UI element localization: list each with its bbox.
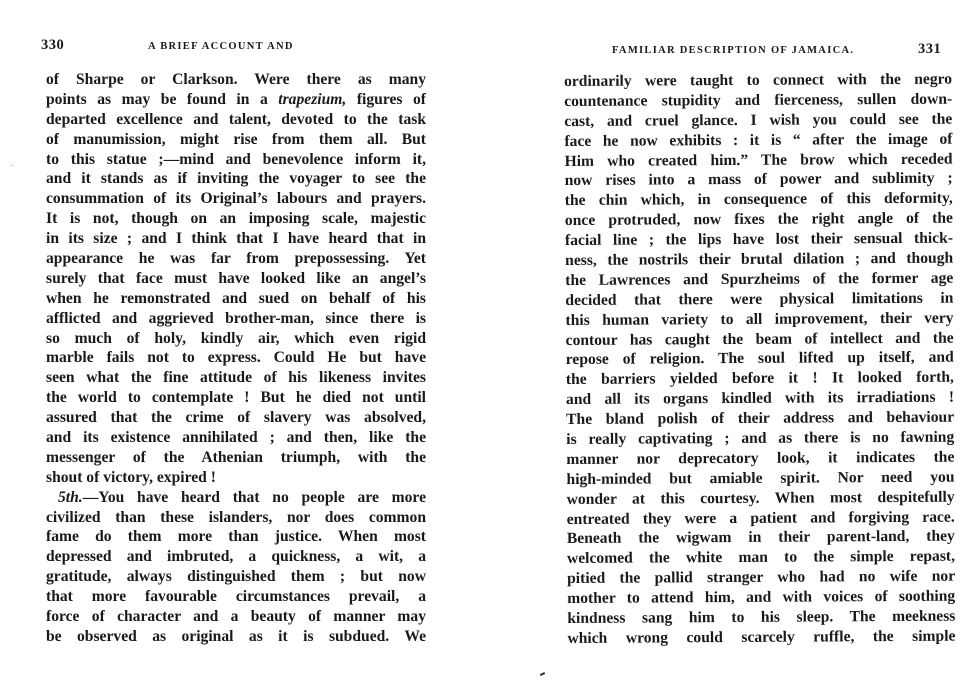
text-line: is really captivating ; and as there is … — [566, 428, 954, 450]
text-line: the barriers yielded before it ! It look… — [566, 368, 954, 390]
right-page-number: 331 — [918, 41, 941, 58]
text-line: mother to attend him, and with voices of… — [567, 587, 955, 609]
text-line: the world to contemplate ! But he died n… — [46, 388, 426, 408]
text-line: cast, and cruel glance. I wish you could… — [564, 109, 952, 131]
text-line: pitied the pallid stranger who had no wi… — [567, 567, 955, 589]
text-line: repose of religion. The soul lifted up i… — [566, 348, 954, 370]
left-body-text: of Sharpe or Clarkson. Were there as man… — [46, 70, 426, 647]
text-line: consummation of its Original’s labours a… — [46, 189, 426, 209]
text-line: so much of holy, kindly air, which even … — [46, 329, 426, 349]
left-running-head: 330 A BRIEF ACCOUNT AND — [41, 40, 426, 58]
text-line: contour has caught the beam of intellect… — [566, 328, 954, 350]
text-line: and its existence annihilated ; and then… — [46, 428, 426, 448]
text-line: welcomed the white man to the simple rep… — [567, 547, 955, 569]
text-line: decided that there were physical limitat… — [565, 288, 953, 310]
text-line: civilized than these islanders, nor does… — [46, 508, 426, 528]
text-line: The bland polish of their address and be… — [566, 408, 954, 430]
text-line: marble fails not to express. Could He bu… — [46, 348, 426, 368]
text-line: of manumission, might rise from them all… — [46, 130, 426, 150]
right-running-head: FAMILIAR DESCRIPTION OF JAMAICA. 331 — [612, 44, 980, 62]
text-line: wonder at this courtesy. When most despi… — [567, 487, 955, 509]
text-line: now rises into a mass of power and subli… — [565, 169, 953, 191]
text-line: in its size ; and I think that I have he… — [46, 229, 426, 249]
text-line: be observed as original as it is subdued… — [46, 627, 426, 647]
text-line: to this statue ;—mind and benevolence in… — [46, 150, 426, 170]
text-line: this human variety to all improvement, t… — [565, 308, 953, 330]
text-line: force of character and a beauty of manne… — [46, 607, 426, 627]
text-line: Him who created him.” The brow which rec… — [564, 149, 952, 171]
text-line: entreated they were a patient and forgiv… — [567, 507, 955, 529]
text-line: points as may be found in a trapezium, f… — [46, 90, 426, 110]
left-running-head-title: A BRIEF ACCOUNT AND — [148, 41, 294, 52]
right-page: FAMILIAR DESCRIPTION OF JAMAICA. 331 ord… — [490, 0, 980, 684]
text-line: which wrong could scarcely ruffle, the s… — [567, 627, 955, 649]
text-line: fame do them more than justice. When mos… — [46, 527, 426, 547]
italic-term: trapezium, — [278, 91, 346, 108]
text-line: manner nor deprecatory look, it indicate… — [566, 448, 954, 470]
text-line: gratitude, always distinguished them ; b… — [46, 567, 426, 587]
text-line: shout of victory, expired ! — [46, 468, 426, 488]
left-page: 330 A BRIEF ACCOUNT AND of Sharpe or Cla… — [0, 0, 490, 684]
text-line: that more favourable circumstances preva… — [46, 587, 426, 607]
text-line: and all its organs kindled with its irra… — [566, 388, 954, 410]
text-line: seen what the fine attitude of his liken… — [46, 368, 426, 388]
text-line: depressed and imbruted, a quickness, a w… — [46, 547, 426, 567]
text-line: ness, the nostrils their brutal dilation… — [565, 249, 953, 271]
right-running-head-title: FAMILIAR DESCRIPTION OF JAMAICA. — [612, 45, 854, 56]
text-line: surely that face must have looked like a… — [46, 269, 426, 289]
text-line: ordinarily were taught to connect with t… — [564, 70, 952, 92]
text-line: and it stands as if inviting the voyager… — [46, 169, 426, 189]
text-line: afflicted and aggrieved brother-man, sin… — [46, 309, 426, 329]
right-body-text: ordinarily were taught to connect with t… — [564, 70, 956, 649]
text-line: Beneath the wigwam in their parent-land,… — [567, 527, 955, 549]
text-line: the Lawrences and Spurzheims of the form… — [565, 269, 953, 291]
text-line: the chin which, in consequence of this d… — [565, 189, 953, 211]
text-line: of Sharpe or Clarkson. Were there as man… — [46, 70, 426, 90]
text-line: when he remonstrated and sued on behalf … — [46, 289, 426, 309]
text-line: once protruded, now fixes the right angl… — [565, 209, 953, 231]
left-page-number: 330 — [41, 37, 64, 54]
scan-speck — [11, 165, 12, 166]
text-line: facial line ; the lips have lost their s… — [565, 229, 953, 251]
paragraph-start-line: 5th.—You have heard that no people are m… — [46, 488, 426, 508]
text-line: face he now exhibits : it is “ after the… — [564, 129, 952, 151]
text-line: countenance stupidity and fierceness, su… — [564, 90, 952, 112]
text-line: messenger of the Athenian triumph, with … — [46, 448, 426, 468]
text-line: kindness sang him to his sleep. The meek… — [567, 607, 955, 629]
text-line: departed excellence and talent, devoted … — [46, 110, 426, 130]
text-line: It is not, though on an imposing scale, … — [46, 209, 426, 229]
section-marker: 5th. — [58, 489, 83, 506]
text-line: high-minded but amiable spirit. Nor need… — [566, 467, 954, 489]
text-line: assured that the crime of slavery was ab… — [46, 408, 426, 428]
text-line: appearance he was far from prepossessing… — [46, 249, 426, 269]
